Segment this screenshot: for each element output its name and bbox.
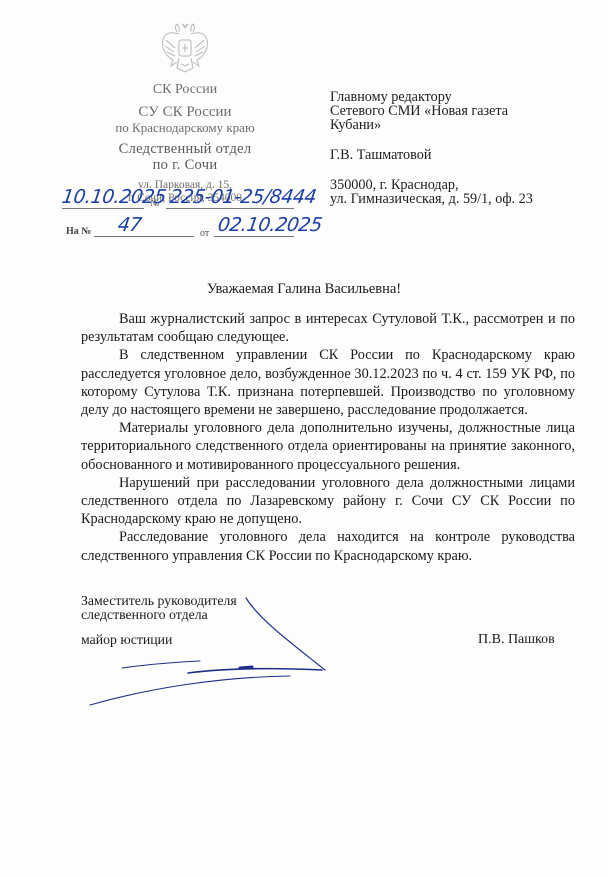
letterhead-region: по Краснодарскому краю — [60, 120, 310, 135]
russian-coat-of-arms-icon — [157, 22, 213, 74]
body-paragraph: В следственном управлении СК России по К… — [81, 346, 575, 419]
handwritten-reply-date: 02.10.2025 — [216, 214, 323, 236]
body-paragraph: Нарушений при расследовании уголовного д… — [81, 474, 575, 529]
handwritten-date: 10.10.2025 — [60, 186, 167, 208]
salutation: Уважаемая Галина Васильевна! — [0, 281, 608, 298]
recipient-address-city: 350000, г. Краснодар, — [330, 178, 590, 192]
letterhead: СК России СУ СК России по Краснодарскому… — [60, 22, 310, 205]
body-paragraph: Материалы уголовного дела дополнительно … — [81, 419, 575, 474]
recipient-name: Г.В. Ташматовой — [330, 148, 590, 162]
reply-to-label: На № — [66, 226, 91, 237]
letterhead-department-city: по г. Сочи — [60, 157, 310, 173]
body-paragraph: Ваш журналистский запрос в интересах Сут… — [81, 310, 575, 346]
handwritten-reply-number: 47 — [116, 214, 142, 236]
reply-to-line — [94, 236, 194, 237]
recipient-position: Главному редактору — [330, 90, 590, 104]
from-label: от — [200, 228, 209, 239]
handwritten-signature — [60, 580, 360, 720]
number-line — [166, 208, 294, 209]
body-paragraph: Расследование уголовного дела находится … — [81, 528, 575, 564]
recipient-block: Главному редактору Сетевого СМИ «Новая г… — [330, 90, 590, 222]
letter-body: Ваш журналистский запрос в интересах Сут… — [81, 310, 575, 565]
letter-page: СК России СУ СК России по Краснодарскому… — [0, 0, 608, 877]
recipient-address-street: ул. Гимназическая, д. 59/1, оф. 23 — [330, 192, 590, 206]
letterhead-org: СК России — [60, 82, 310, 98]
from-date-line — [214, 236, 294, 237]
date-line — [62, 208, 144, 209]
letterhead-department: Следственный отдел — [60, 141, 310, 157]
letterhead-su: СУ СК России — [60, 104, 310, 120]
handwritten-outgoing-number: 225-01-25/8444 — [168, 186, 317, 208]
signatory-name: П.В. Пашков — [478, 632, 555, 648]
recipient-organization: Сетевого СМИ «Новая газета — [330, 104, 590, 118]
recipient-organization-cont: Кубани» — [330, 118, 590, 132]
